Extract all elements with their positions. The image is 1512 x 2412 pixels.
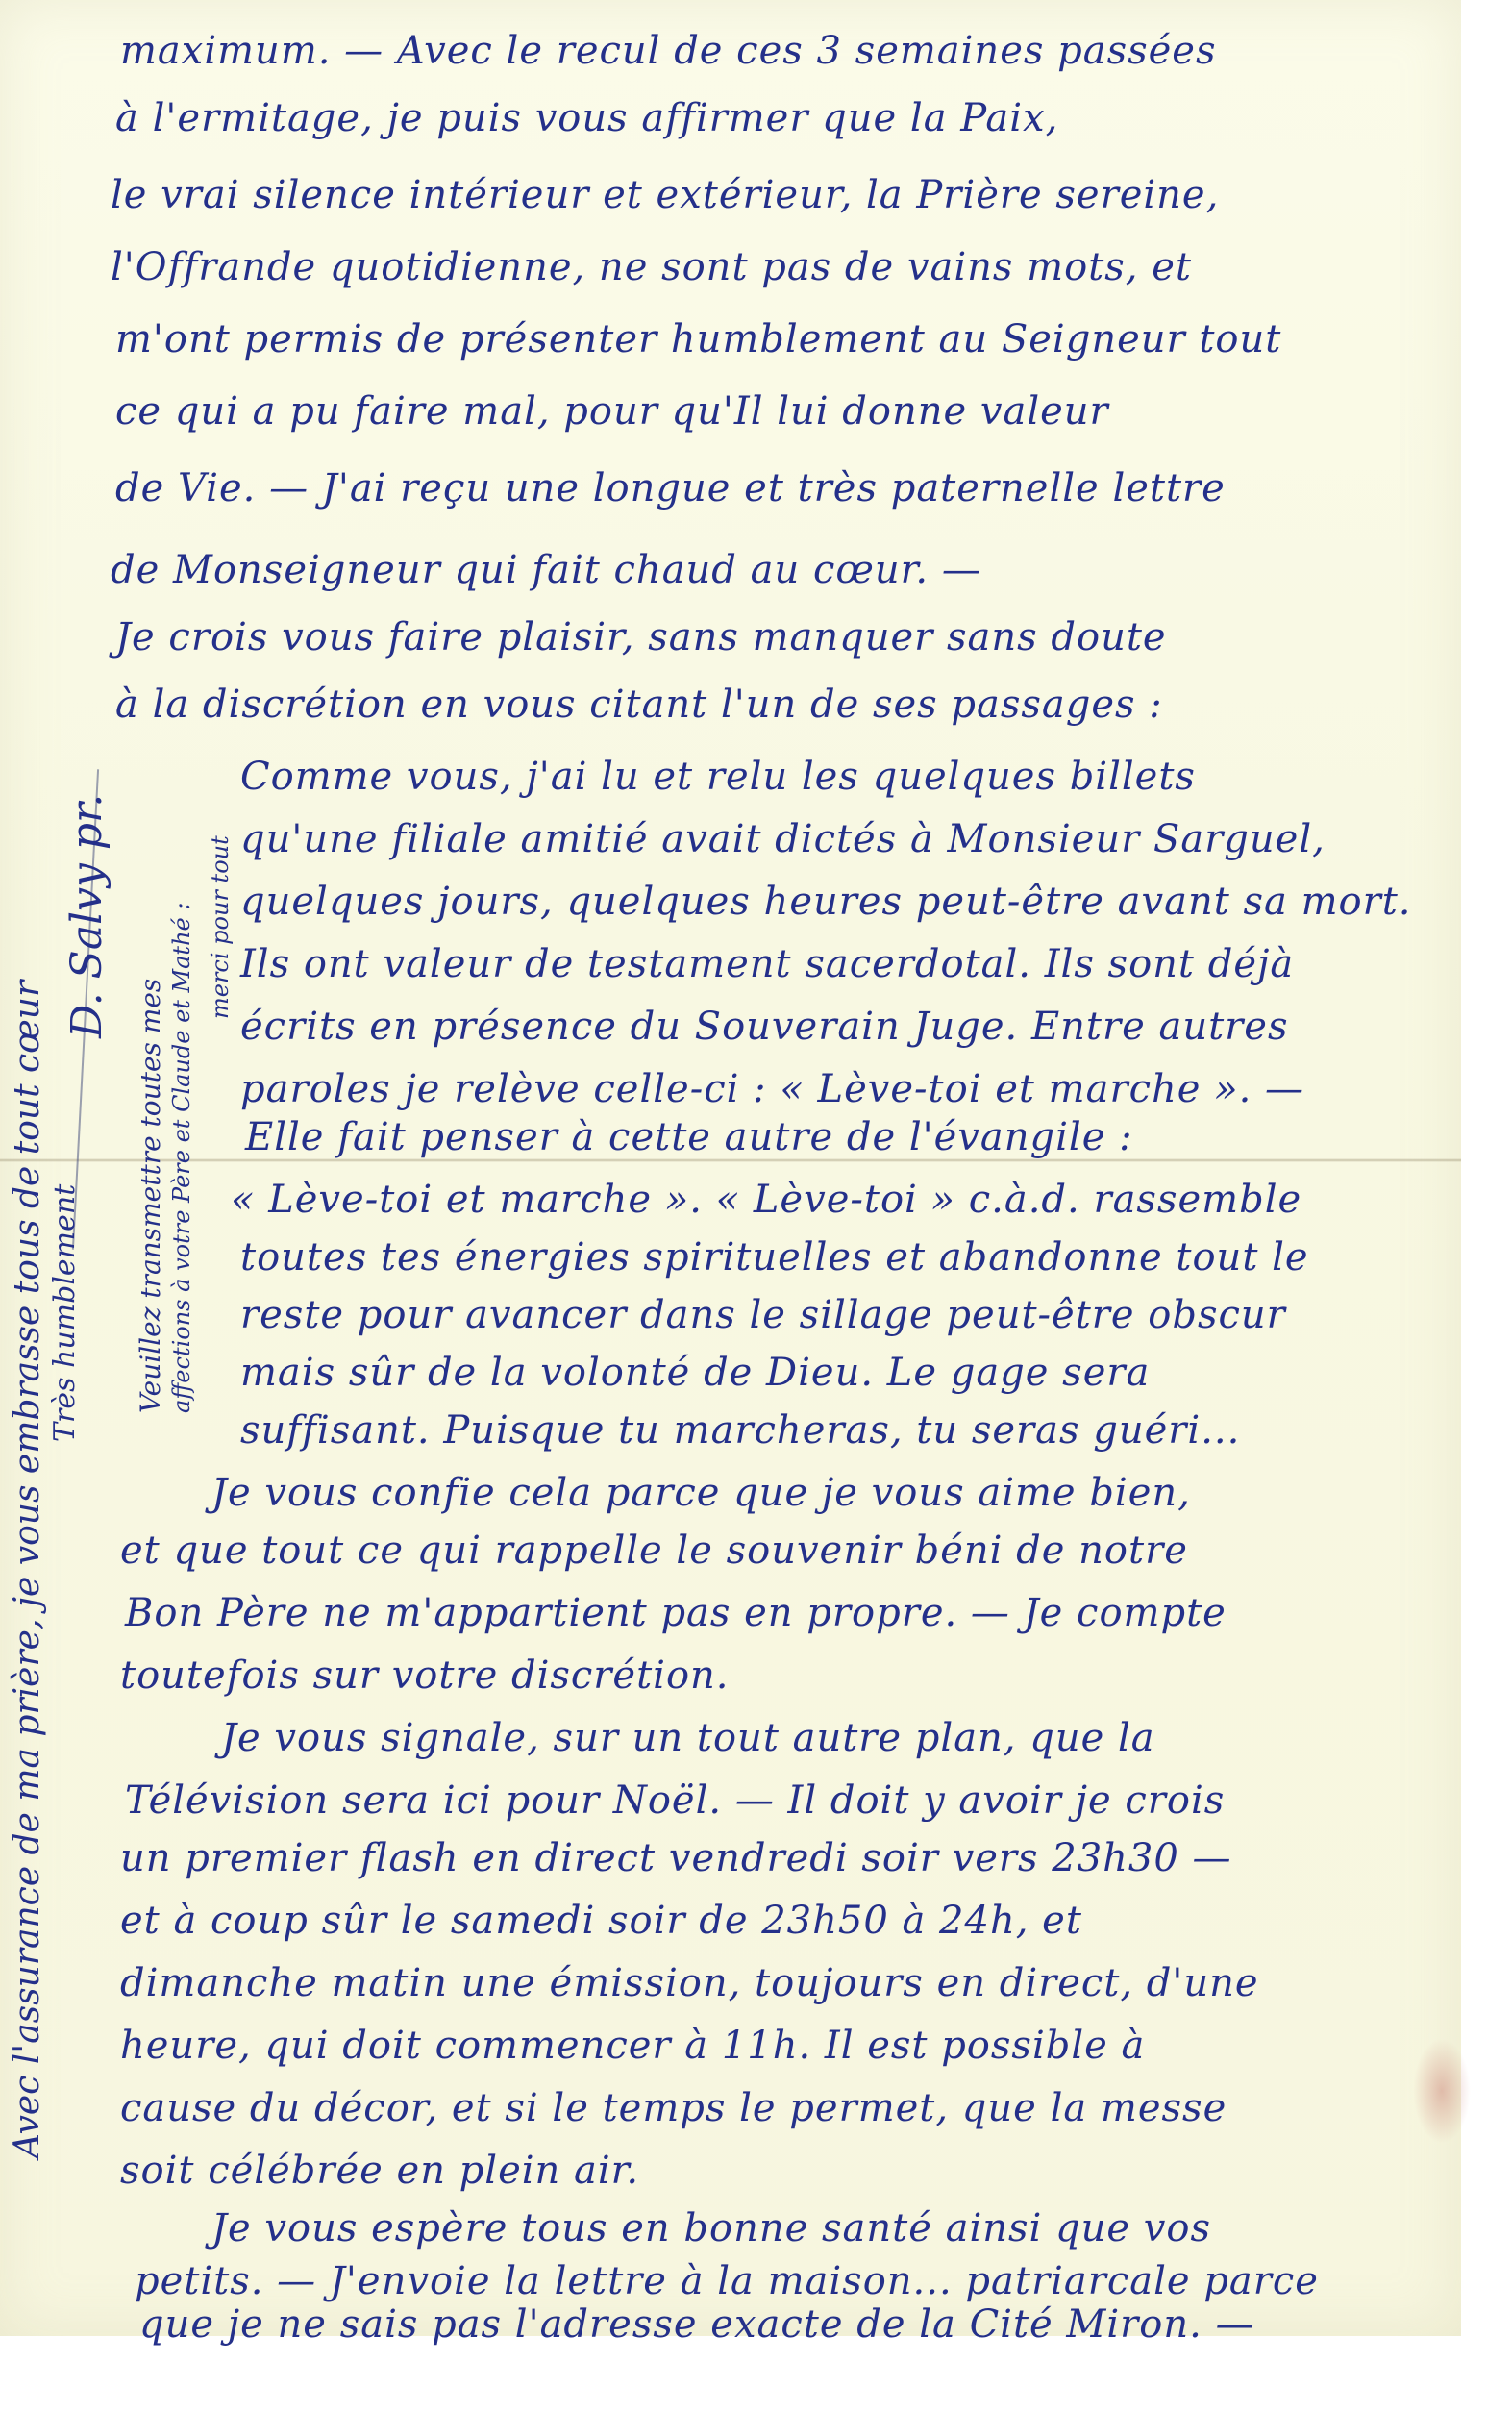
body-line: à la discrétion en vous citant l'un de s… <box>115 683 1163 727</box>
body-line: que je ne sais pas l'adresse exacte de l… <box>139 2302 1255 2347</box>
letter-page: maximum. — Avec le recul de ces 3 semain… <box>0 0 1461 2336</box>
body-line: Ils ont valeur de testament sacerdotal. … <box>240 942 1294 986</box>
body-line: Elle fait penser à cette autre de l'évan… <box>245 1115 1133 1159</box>
body-line: Je vous confie cela parce que je vous ai… <box>211 1471 1191 1515</box>
body-line: maximum. — Avec le recul de ces 3 semain… <box>120 29 1217 73</box>
body-line: quelques jours, quelques heures peut-êtr… <box>240 880 1412 924</box>
body-line: de Vie. — J'ai reçu une longue et très p… <box>115 466 1226 510</box>
margin-humbly-line: Très humblement <box>48 1184 82 1442</box>
rust-stain <box>1413 2038 1471 2144</box>
body-line: petits. — J'envoie la lettre à la maison… <box>135 2259 1319 2303</box>
margin-closing-line: Avec l'assurance de ma prière, je vous e… <box>8 981 47 2158</box>
body-line: Je vous signale, sur un tout autre plan,… <box>221 1716 1155 1760</box>
margin-postscript-3: merci pour tout <box>207 835 234 1019</box>
body-line: soit célébrée en plein air. <box>120 2149 639 2193</box>
body-line: le vrai silence intérieur et extérieur, … <box>111 173 1219 217</box>
body-line: paroles je relève celle-ci : « Lève-toi … <box>240 1067 1304 1111</box>
body-line: mais sûr de la volonté de Dieu. Le gage … <box>240 1351 1150 1395</box>
margin-signature: D. Salvy pr. <box>62 794 112 1038</box>
body-line: à l'ermitage, je puis vous affirmer que … <box>115 96 1058 140</box>
body-line: Comme vous, j'ai lu et relu les quelques… <box>240 755 1196 799</box>
body-line: Télévision sera ici pour Noël. — Il doit… <box>125 1778 1225 1823</box>
body-line: ce qui a pu faire mal, pour qu'Il lui do… <box>115 389 1109 434</box>
body-line: et à coup sûr le samedi soir de 23h50 à … <box>120 1899 1082 1943</box>
body-line: de Monseigneur qui fait chaud au cœur. — <box>111 548 981 592</box>
body-line: m'ont permis de présenter humblement au … <box>115 317 1281 361</box>
body-line: écrits en présence du Souverain Juge. En… <box>240 1005 1289 1049</box>
body-line: toutes tes énergies spirituelles et aban… <box>240 1235 1309 1280</box>
margin-postscript-1: Veuillez transmettre toutes mes <box>135 979 166 1413</box>
margin-postscript-2: affections à votre Père et Claude et Mat… <box>168 903 195 1413</box>
body-line: un premier flash en direct vendredi soir… <box>120 1836 1232 1880</box>
body-line: l'Offrande quotidienne, ne sont pas de v… <box>111 245 1192 289</box>
body-line: Je vous espère tous en bonne santé ainsi… <box>211 2206 1211 2250</box>
body-line: Je crois vous faire plaisir, sans manque… <box>115 615 1167 659</box>
body-line: reste pour avancer dans le sillage peut-… <box>240 1293 1286 1337</box>
body-line: dimanche matin une émission, toujours en… <box>120 1961 1259 2005</box>
body-line: heure, qui doit commencer à 11h. Il est … <box>120 2024 1145 2068</box>
body-line: suffisant. Puisque tu marcheras, tu sera… <box>240 1408 1240 1453</box>
body-line: qu'une filiale amitié avait dictés à Mon… <box>240 817 1326 861</box>
body-line: et que tout ce qui rappelle le souvenir … <box>120 1529 1188 1573</box>
body-line: « Lève-toi et marche ». « Lève-toi » c.à… <box>231 1178 1301 1222</box>
body-line: Bon Père ne m'appartient pas en propre. … <box>125 1591 1227 1635</box>
body-line: toutefois sur votre discrétion. <box>120 1654 730 1698</box>
body-line: cause du décor, et si le temps le permet… <box>120 2086 1227 2130</box>
